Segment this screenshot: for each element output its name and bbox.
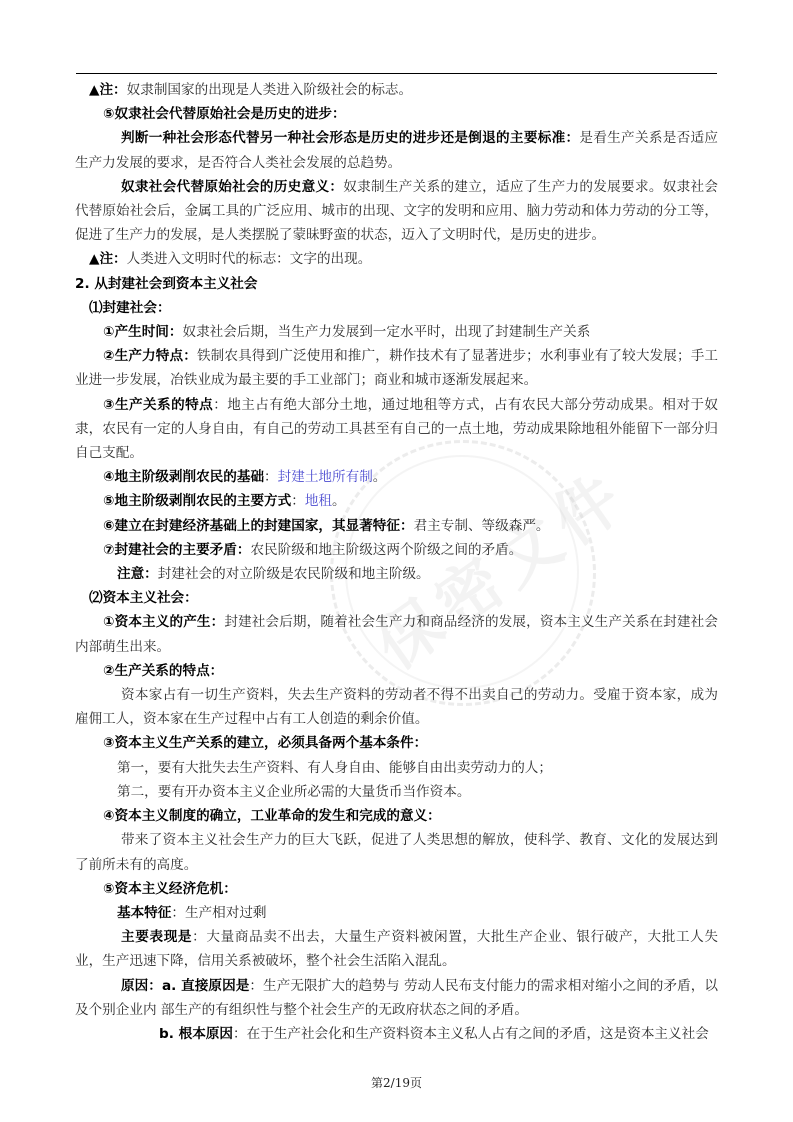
crisis-heading: ⑤资本主义经济危机： <box>75 877 718 901</box>
condition-second: 第二，要有开办资本主义企业所必需的大量货币当作资本。 <box>75 780 718 804</box>
highlight-land-ownership: 封建土地所有制 <box>278 469 373 485</box>
section-2-title: 2. 从封建社会到资本主义社会 <box>75 272 718 296</box>
page-number: 第2/19页 <box>0 1074 793 1091</box>
capitalist-relations-heading: ②生产关系的特点： <box>75 659 718 683</box>
document-page: 保密文件 ▲注：奴隶制国家的出现是人类进入阶级社会的标志。 ⑤奴隶社会代替原始社… <box>0 0 793 1122</box>
document-body: ▲注：奴隶制国家的出现是人类进入阶级社会的标志。 ⑤奴隶社会代替原始社会是历史的… <box>75 78 718 1046</box>
capitalist-heading: ⑵资本主义社会： <box>75 586 718 610</box>
crisis-cause-fundamental: b. 根本原因：在于生产社会化和生产资料资本主义私人占有之间的矛盾，这是资本主义… <box>75 1022 718 1046</box>
feudal-item-5: ⑤地主阶级剥削农民的主要方式：地租。 <box>75 489 718 513</box>
feudal-note: 注意：封建社会的对立阶级是农民阶级和地主阶级。 <box>75 562 718 586</box>
feudal-item-3: ③生产关系的特点：地主占有绝大部分土地，通过地租等方式，占有农民大部分劳动成果。… <box>75 393 718 466</box>
condition-first: 第一，要有大批失去生产资料、有人身自由、能够自由出卖劳动力的人； <box>75 756 718 780</box>
highlight-rent: 地租 <box>305 493 332 509</box>
feudal-item-7: ⑦封建社会的主要矛盾：农民阶级和地主阶级这两个阶级之间的矛盾。 <box>75 538 718 562</box>
feudal-item-4: ④地主阶级剥削农民的基础：封建土地所有制。 <box>75 465 718 489</box>
capitalist-conditions-heading: ③资本主义生产关系的建立，必须具备两个基本条件： <box>75 731 718 755</box>
significance-paragraph: 奴隶社会代替原始社会的历史意义：奴隶制生产关系的建立，适应了生产力的发展要求。奴… <box>75 175 718 248</box>
feudal-item-6: ⑥建立在封建经济基础上的封建国家，其显著特征：君主专制、等级森严。 <box>75 514 718 538</box>
capitalist-relations-text: 资本家占有一切生产资料，失去生产资料的劳动者不得不出卖自己的劳动力。受雇于资本家… <box>75 683 718 731</box>
establishment-heading: ④资本主义制度的确立，工业革命的发生和完成的意义： <box>75 804 718 828</box>
establishment-text: 带来了资本主义社会生产力的巨大飞跃，促进了人类思想的解放，使科学、教育、文化的发… <box>75 828 718 876</box>
capitalist-origin: ①资本主义的产生：封建社会后期，随着社会生产力和商品经济的发展，资本主义生产关系… <box>75 610 718 658</box>
note-slavery-state: ▲注：奴隶制国家的出现是人类进入阶级社会的标志。 <box>75 78 718 102</box>
feudal-item-1: ①产生时间：奴隶社会后期，当生产力发展到一定水平时，出现了封建制生产关系 <box>75 320 718 344</box>
feudal-item-2: ②生产力特点：铁制农具得到广泛使用和推广，耕作技术有了显著进步；水利事业有了较大… <box>75 344 718 392</box>
header-rule <box>76 73 717 74</box>
feudal-heading: ⑴封建社会： <box>75 296 718 320</box>
crisis-cause-direct: 原因：a. 直接原因是：生产无限扩大的趋势与 劳动人民布支付能力的需求相对缩小之… <box>75 974 718 1022</box>
note-civilization: ▲注：人类进入文明时代的标志：文字的出现。 <box>75 247 718 271</box>
item-5-heading: ⑤奴隶社会代替原始社会是历史的进步： <box>75 102 718 126</box>
criterion-paragraph: 判断一种社会形态代替另一种社会形态是历史的进步还是倒退的主要标准：是看生产关系是… <box>75 126 718 174</box>
crisis-manifestation: 主要表现是：大量商品卖不出去，大量生产资料被闲置，大批生产企业、银行破产，大批工… <box>75 925 718 973</box>
crisis-feature: 基本特征：生产相对过剩 <box>75 901 718 925</box>
